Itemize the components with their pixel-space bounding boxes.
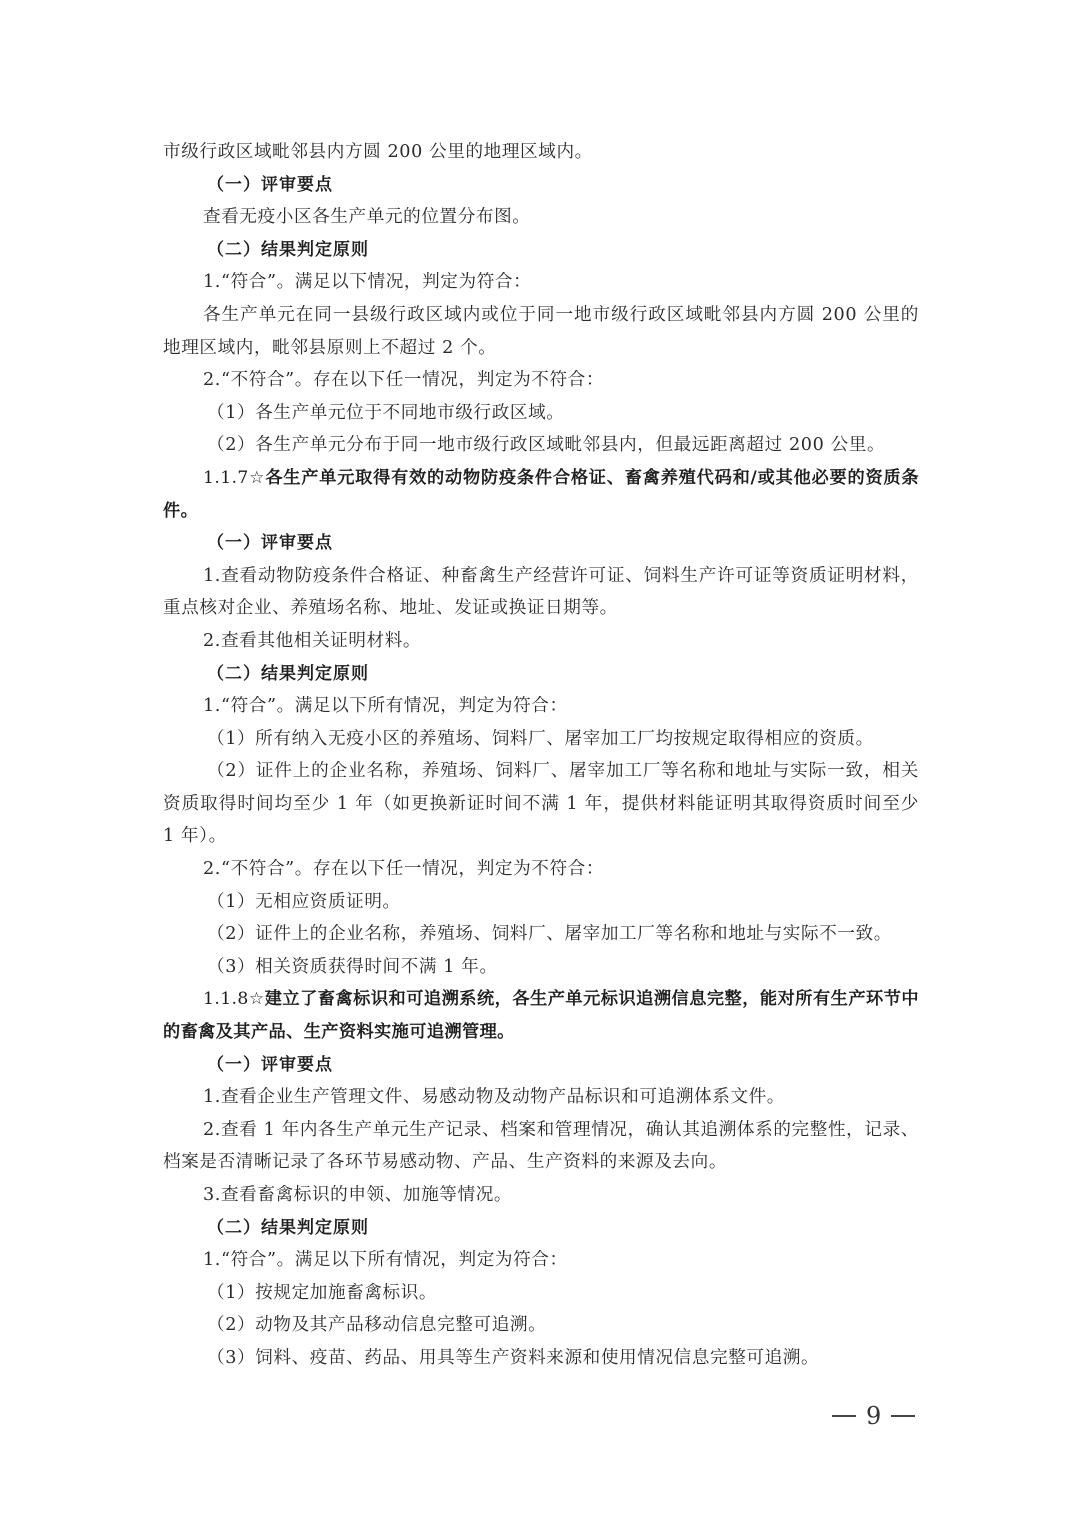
section-heading: （二）结果判定原则 xyxy=(163,658,919,691)
paragraph: 2.查看 1 年内各生产单元生产记录、档案和管理情况，确认其追溯体系的完整性，记… xyxy=(163,1114,919,1179)
list-item: （3）相关资质获得时间不满 1 年。 xyxy=(163,951,919,984)
paragraph: 市级行政区域毗邻县内方圆 200 公里的地理区域内。 xyxy=(163,136,919,169)
clause-text: 各生产单元取得有效的动物防疫条件合格证、畜禽养殖代码和/或其他必要的资质条件。 xyxy=(163,468,919,521)
paragraph: 1.查看动物防疫条件合格证、种畜禽生产经营许可证、饲料生产许可证等资质证明材料，… xyxy=(163,560,919,625)
paragraph: 3.查看畜禽标识的申领、加施等情况。 xyxy=(163,1179,919,1212)
paragraph: 1.“符合”。满足以下情况，判定为符合： xyxy=(163,266,919,299)
paragraph: 1.“符合”。满足以下所有情况，判定为符合： xyxy=(163,690,919,723)
list-item: （2）动物及其产品移动信息完整可追溯。 xyxy=(163,1309,919,1342)
paragraph: 1.查看企业生产管理文件、易感动物及动物产品标识和可追溯体系文件。 xyxy=(163,1081,919,1114)
clause-1-1-7: 1.1.7☆各生产单元取得有效的动物防疫条件合格证、畜禽养殖代码和/或其他必要的… xyxy=(163,462,919,527)
list-item: （3）饲料、疫苗、药品、用具等生产资料来源和使用情况信息完整可追溯。 xyxy=(163,1342,919,1375)
list-item: （1）按规定加施畜禽标识。 xyxy=(163,1277,919,1310)
document-page: 市级行政区域毗邻县内方圆 200 公里的地理区域内。 （一）评审要点 查看无疫小… xyxy=(163,136,919,1375)
clause-text: 建立了畜禽标识和可追溯系统，各生产单元标识追溯信息完整，能对所有生产环节中的畜禽… xyxy=(163,989,919,1042)
paragraph: 查看无疫小区各生产单元的位置分布图。 xyxy=(163,201,919,234)
section-heading: （二）结果判定原则 xyxy=(163,1212,919,1245)
list-item: （1）无相应资质证明。 xyxy=(163,886,919,919)
clause-number: 1.1.8☆ xyxy=(203,989,265,1009)
page-number: 9 xyxy=(866,1402,881,1430)
paragraph: 2.查看其他相关证明材料。 xyxy=(163,625,919,658)
section-heading: （二）结果判定原则 xyxy=(163,234,919,267)
section-heading: （一）评审要点 xyxy=(163,1049,919,1082)
clause-1-1-8: 1.1.8☆建立了畜禽标识和可追溯系统，各生产单元标识追溯信息完整，能对所有生产… xyxy=(163,983,919,1048)
list-item: （2）各生产单元分布于同一地市级行政区域毗邻县内，但最远距离超过 200 公里。 xyxy=(163,429,919,462)
section-heading: （一）评审要点 xyxy=(163,169,919,202)
list-item: （1）各生产单元位于不同地市级行政区域。 xyxy=(163,397,919,430)
paragraph: 各生产单元在同一县级行政区域内或位于同一地市级行政区域毗邻县内方圆 200 公里… xyxy=(163,299,919,364)
dash-right xyxy=(891,1415,915,1417)
paragraph: 2.“不符合”。存在以下任一情况，判定为不符合： xyxy=(163,853,919,886)
paragraph: 1.“符合”。满足以下所有情况，判定为符合： xyxy=(163,1244,919,1277)
list-item: （2）证件上的企业名称，养殖场、饲料厂、屠宰加工厂等名称和地址与实际不一致。 xyxy=(163,918,919,951)
list-item: （1）所有纳入无疫小区的养殖场、饲料厂、屠宰加工厂均按规定取得相应的资质。 xyxy=(163,723,919,756)
list-item: （2）证件上的企业名称，养殖场、饲料厂、屠宰加工厂等名称和地址与实际一致，相关资… xyxy=(163,755,919,853)
section-heading: （一）评审要点 xyxy=(163,527,919,560)
paragraph: 2.“不符合”。存在以下任一情况，判定为不符合： xyxy=(163,364,919,397)
clause-number: 1.1.7☆ xyxy=(203,468,265,488)
dash-left xyxy=(832,1415,856,1417)
page-footer: 9 xyxy=(832,1402,932,1430)
